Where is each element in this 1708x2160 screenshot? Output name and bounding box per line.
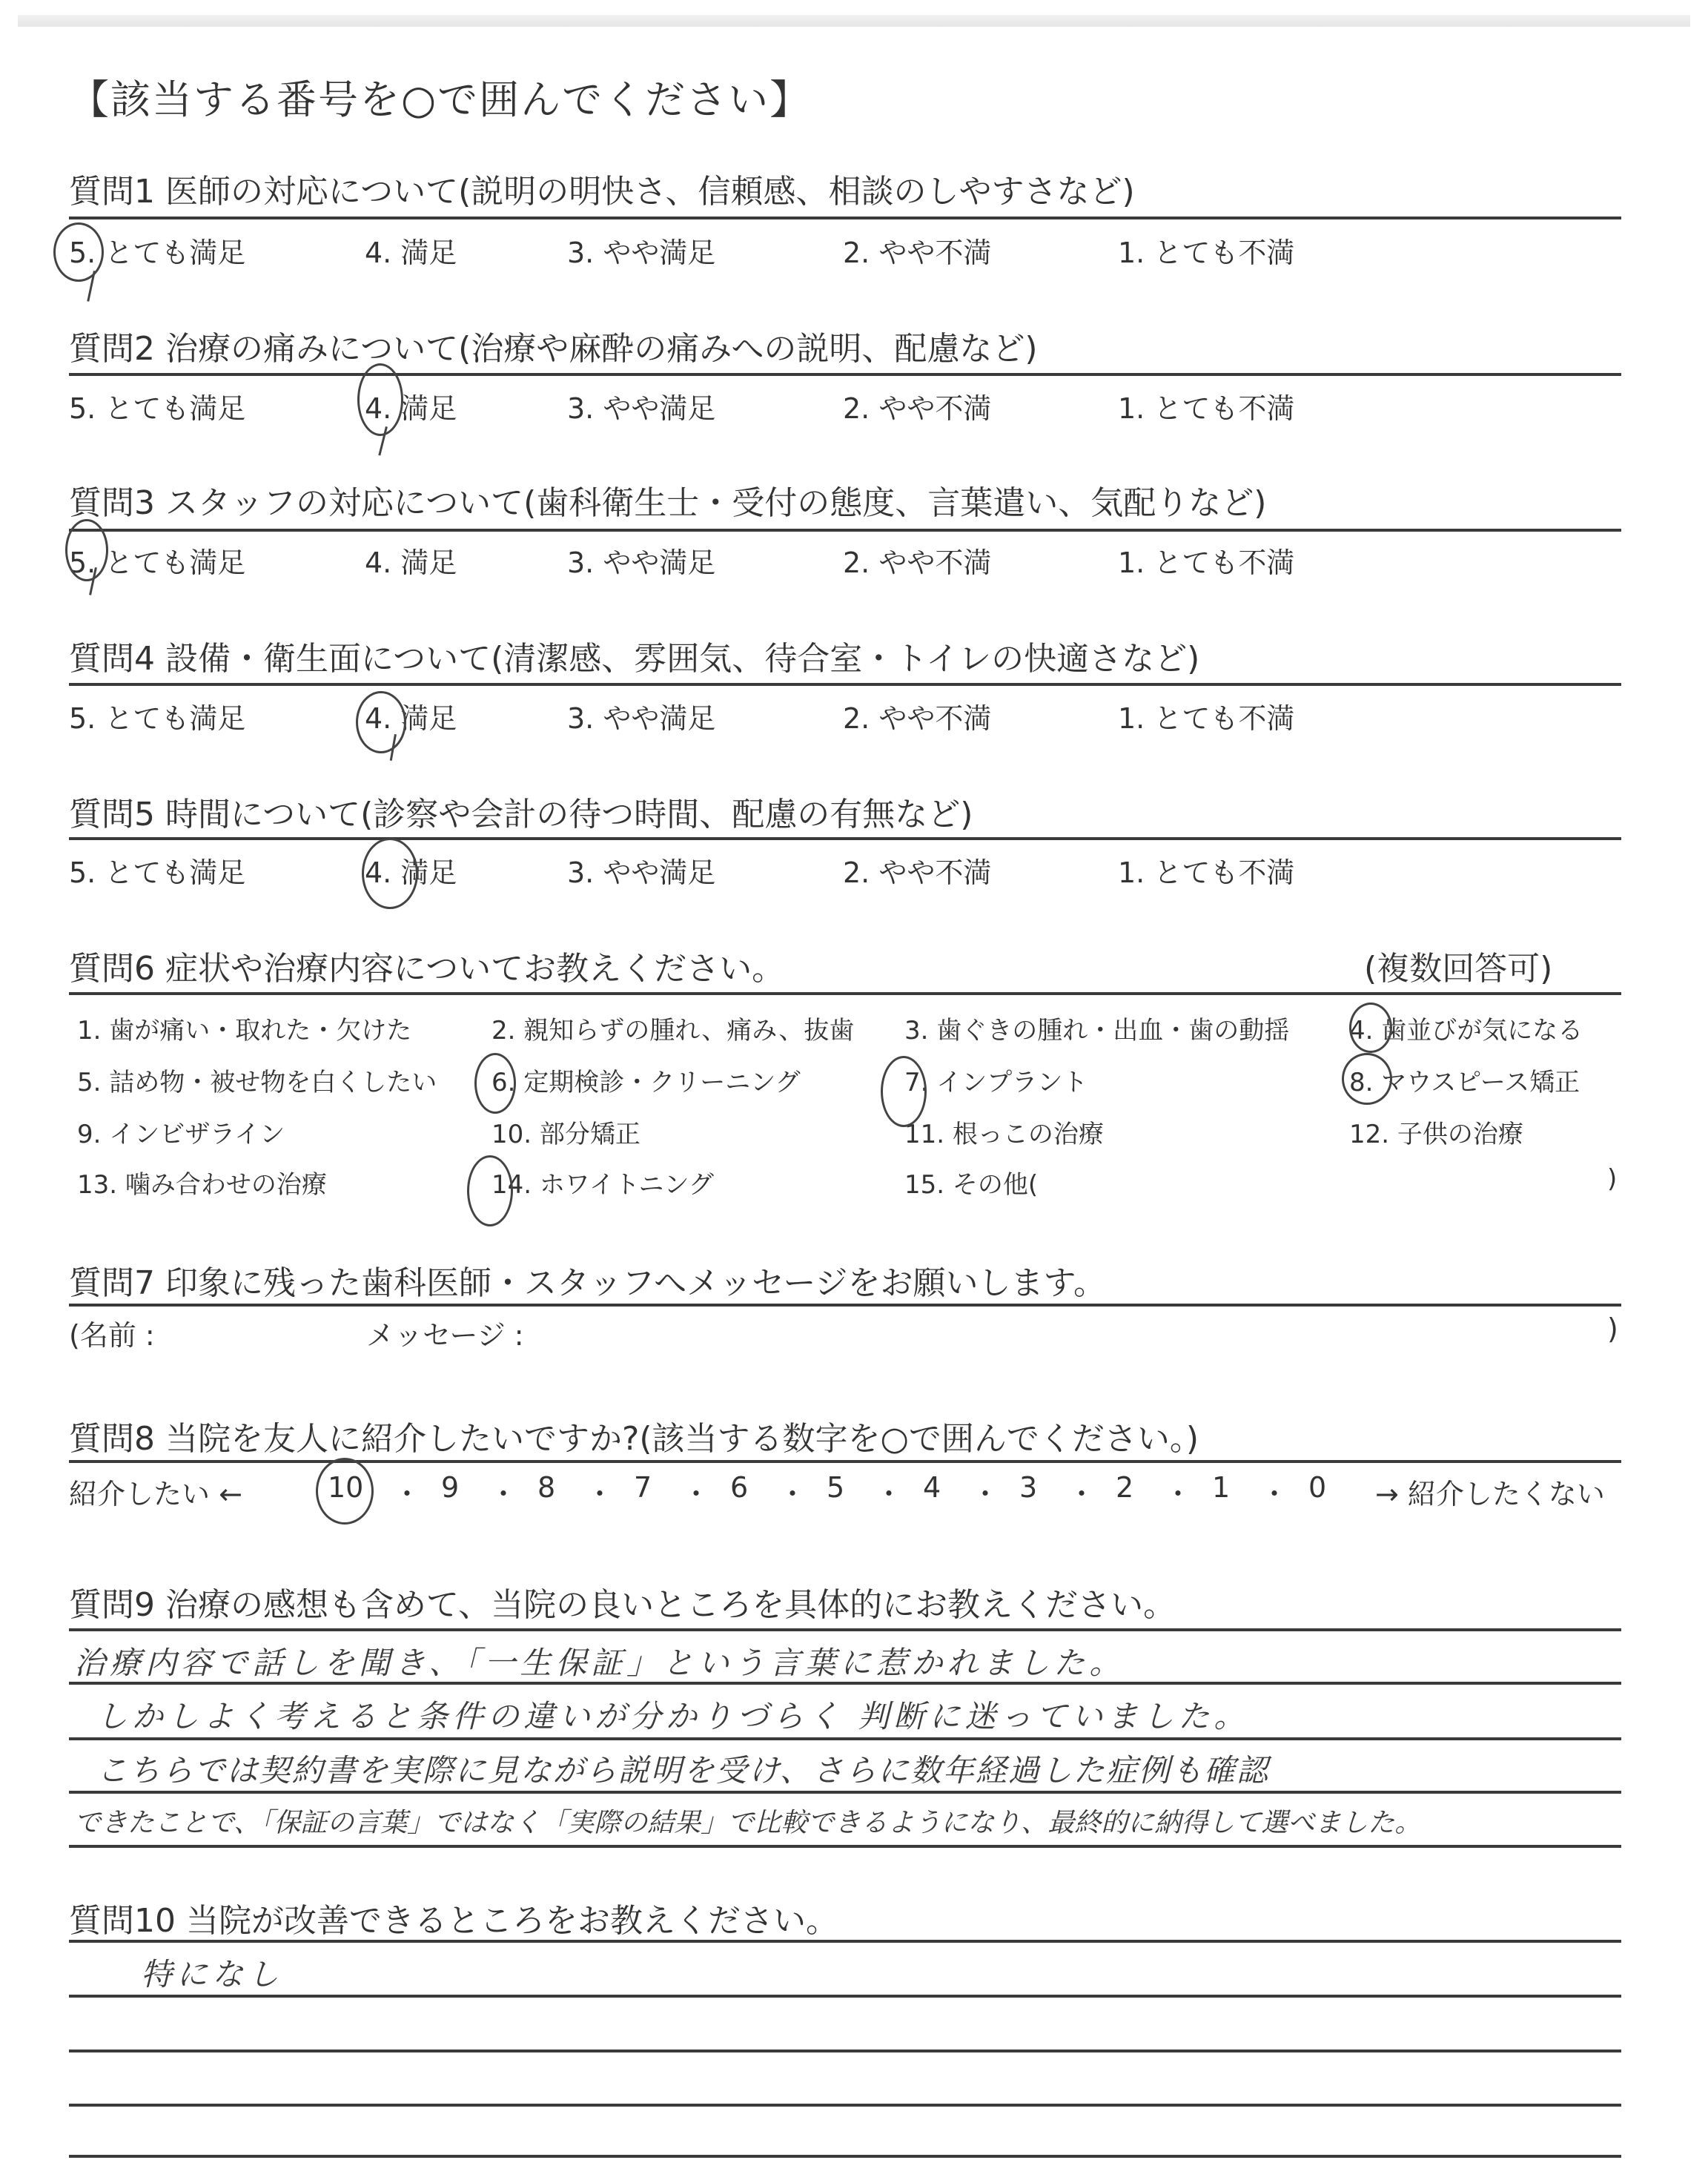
answer-line — [69, 1845, 1621, 1848]
divider — [69, 683, 1621, 686]
question-title: 質問6 症状や治療内容についてお教えください。 — [69, 942, 784, 989]
score-7[interactable]: 7 — [634, 1471, 652, 1504]
separator-dot: ・ — [778, 1471, 807, 1512]
handwritten-answer-line-1[interactable]: 治療内容で話しを聞き、「一生保証」という言葉に惹かれました。 — [74, 1639, 1125, 1683]
score-4[interactable]: 4 — [923, 1471, 941, 1504]
option-2[interactable]: 2. やや不満 — [843, 696, 991, 736]
divider — [69, 217, 1621, 219]
separator-dot: ・ — [393, 1471, 421, 1512]
option-3[interactable]: 3. やや満足 — [567, 386, 715, 426]
option-1[interactable]: 1. とても不満 — [1118, 540, 1294, 581]
question-title: 質問5 時間について(診察や会計の待つ時間、配慮の有無など) — [69, 787, 973, 835]
option-5[interactable]: 5. とても満足 — [69, 230, 245, 271]
separator-dot: ・ — [875, 1471, 903, 1512]
score-0[interactable]: 0 — [1308, 1471, 1326, 1504]
question-title: 質問7 印象に残った歯科医師・スタッフへメッセージをお願いします。 — [69, 1256, 1106, 1304]
option-2[interactable]: 2. やや不満 — [843, 386, 991, 426]
answer-line — [69, 2155, 1621, 2158]
score-10[interactable]: 10 — [328, 1471, 363, 1504]
option-11[interactable]: 11. 根っこの治療 — [904, 1114, 1104, 1150]
option-3[interactable]: 3. やや満足 — [567, 540, 715, 581]
option-3[interactable]: 3. 歯ぐきの腫れ・出血・歯の動揺 — [904, 1010, 1289, 1046]
message-label: メッセージ : — [366, 1312, 524, 1353]
divider — [69, 992, 1621, 995]
separator-dot: ・ — [586, 1471, 614, 1512]
answer-line — [69, 1737, 1621, 1740]
option-3[interactable]: 3. やや満足 — [567, 696, 715, 736]
answer-line — [69, 1940, 1621, 1943]
recommend-left-label: 紹介したい ← — [69, 1471, 242, 1512]
handwritten-answer-line-1[interactable]: 特になし — [141, 1950, 283, 1995]
option-5[interactable]: 5. 詰め物・被せ物を白くしたい — [77, 1062, 437, 1098]
separator-dot: ・ — [971, 1471, 999, 1512]
multiple-answers-note: (複数回答可) — [1364, 942, 1552, 989]
question-title: 質問10 当院が改善できるところをお教えください。 — [69, 1894, 838, 1941]
option-4[interactable]: 4. 満足 — [365, 540, 457, 581]
question-title: 質問3 スタッフの対応について(歯科衛生士・受付の態度、言葉遣い、気配りなど) — [69, 476, 1266, 524]
option-1[interactable]: 1. とても不満 — [1118, 696, 1294, 736]
option-8[interactable]: 8. マウスピース矯正 — [1349, 1062, 1580, 1098]
score-5[interactable]: 5 — [827, 1471, 844, 1504]
option-10[interactable]: 10. 部分矯正 — [491, 1114, 640, 1150]
handwritten-answer-line-3[interactable]: こちらでは契約書を実際に見ながら説明を受け、さらに数年経過した症例も確認 — [96, 1746, 1269, 1791]
divider — [69, 373, 1621, 376]
score-8[interactable]: 8 — [537, 1471, 555, 1504]
score-1[interactable]: 1 — [1212, 1471, 1230, 1504]
option-15-other[interactable]: 15. その他( — [904, 1164, 1038, 1200]
question-title: 質問2 治療の痛みについて(治療や麻酔の痛みへの説明、配慮など) — [69, 322, 1038, 369]
option-1[interactable]: 1. 歯が痛い・取れた・欠けた — [77, 1010, 411, 1046]
handwritten-answer-line-2[interactable]: しかしよく考えると条件の違いが分かりづらく 判断に迷っていました。 — [96, 1692, 1249, 1737]
separator-dot: ・ — [1067, 1471, 1096, 1512]
option-3[interactable]: 3. やや満足 — [567, 230, 715, 271]
answer-line — [69, 1995, 1621, 1998]
answer-line — [69, 1628, 1621, 1631]
pen-stroke — [378, 426, 388, 456]
score-6[interactable]: 6 — [730, 1471, 748, 1504]
separator-dot: ・ — [1164, 1471, 1192, 1512]
option-1[interactable]: 1. とても不満 — [1118, 386, 1294, 426]
instruction-heading: 【該当する番号を○で囲んでください】 — [69, 68, 811, 125]
close-paren: ) — [1607, 1312, 1618, 1345]
option-14[interactable]: 14. ホワイトニング — [491, 1164, 714, 1200]
option-4[interactable]: 4. 満足 — [365, 850, 457, 891]
pen-stroke — [87, 271, 96, 302]
option-4[interactable]: 4. 満足 — [365, 696, 457, 736]
handwritten-answer-line-4[interactable]: できたことで、「保証の言葉」ではなく「実際の結果」で比較できるようになり、最終的… — [74, 1802, 1421, 1840]
score-2[interactable]: 2 — [1116, 1471, 1133, 1504]
option-7[interactable]: 7. インプラント — [904, 1062, 1088, 1098]
name-label: (名前 : — [69, 1312, 155, 1353]
score-9[interactable]: 9 — [441, 1471, 459, 1504]
option-1[interactable]: 1. とても不満 — [1118, 230, 1294, 271]
recommend-right-label: → 紹介したくない — [1375, 1471, 1605, 1512]
option-2[interactable]: 2. やや不満 — [843, 230, 991, 271]
option-5[interactable]: 5. とても満足 — [69, 696, 245, 736]
option-1[interactable]: 1. とても不満 — [1118, 850, 1294, 891]
question-title: 質問8 当院を友人に紹介したいですか?(該当する数字を○で囲んでください。) — [69, 1412, 1199, 1459]
divider — [69, 1304, 1621, 1307]
option-2[interactable]: 2. やや不満 — [843, 850, 991, 891]
scan-edge — [18, 15, 1690, 27]
option-13[interactable]: 13. 噛み合わせの治療 — [77, 1164, 327, 1200]
question-title: 質問1 医師の対応について(説明の明快さ、信頼感、相談のしやすさなど) — [69, 165, 1135, 212]
separator-dot: ・ — [489, 1471, 517, 1512]
question-title: 質問9 治療の感想も含めて、当院の良いところを具体的にお教えください。 — [69, 1578, 1176, 1625]
name-field[interactable] — [178, 1312, 356, 1347]
option-4[interactable]: 4. 歯並びが気になる — [1349, 1010, 1583, 1046]
divider — [69, 837, 1621, 840]
answer-line — [69, 1791, 1621, 1794]
option-9[interactable]: 9. インビザライン — [77, 1114, 285, 1150]
answer-line — [69, 2050, 1621, 2052]
question-title: 質問4 設備・衛生面について(清潔感、雰囲気、待合室・トイレの快適さなど) — [69, 632, 1199, 679]
option-5[interactable]: 5. とても満足 — [69, 850, 245, 891]
option-5[interactable]: 5. とても満足 — [69, 386, 245, 426]
divider — [69, 529, 1621, 532]
option-4[interactable]: 4. 満足 — [365, 386, 457, 426]
score-3[interactable]: 3 — [1019, 1471, 1037, 1504]
other-close-paren: ) — [1607, 1164, 1617, 1194]
option-2[interactable]: 2. 親知らずの腫れ、痛み、抜歯 — [491, 1010, 854, 1046]
message-field[interactable] — [549, 1312, 1586, 1347]
pen-stroke — [390, 734, 397, 761]
option-2[interactable]: 2. やや不満 — [843, 540, 991, 581]
separator-dot: ・ — [682, 1471, 710, 1512]
option-3[interactable]: 3. やや満足 — [567, 850, 715, 891]
answer-line — [69, 2104, 1621, 2107]
option-6[interactable]: 6. 定期検診・クリーニング — [491, 1062, 801, 1098]
divider — [69, 1460, 1621, 1463]
separator-dot: ・ — [1260, 1471, 1288, 1512]
option-12[interactable]: 12. 子供の治療 — [1349, 1114, 1523, 1150]
option-4[interactable]: 4. 満足 — [365, 230, 457, 271]
